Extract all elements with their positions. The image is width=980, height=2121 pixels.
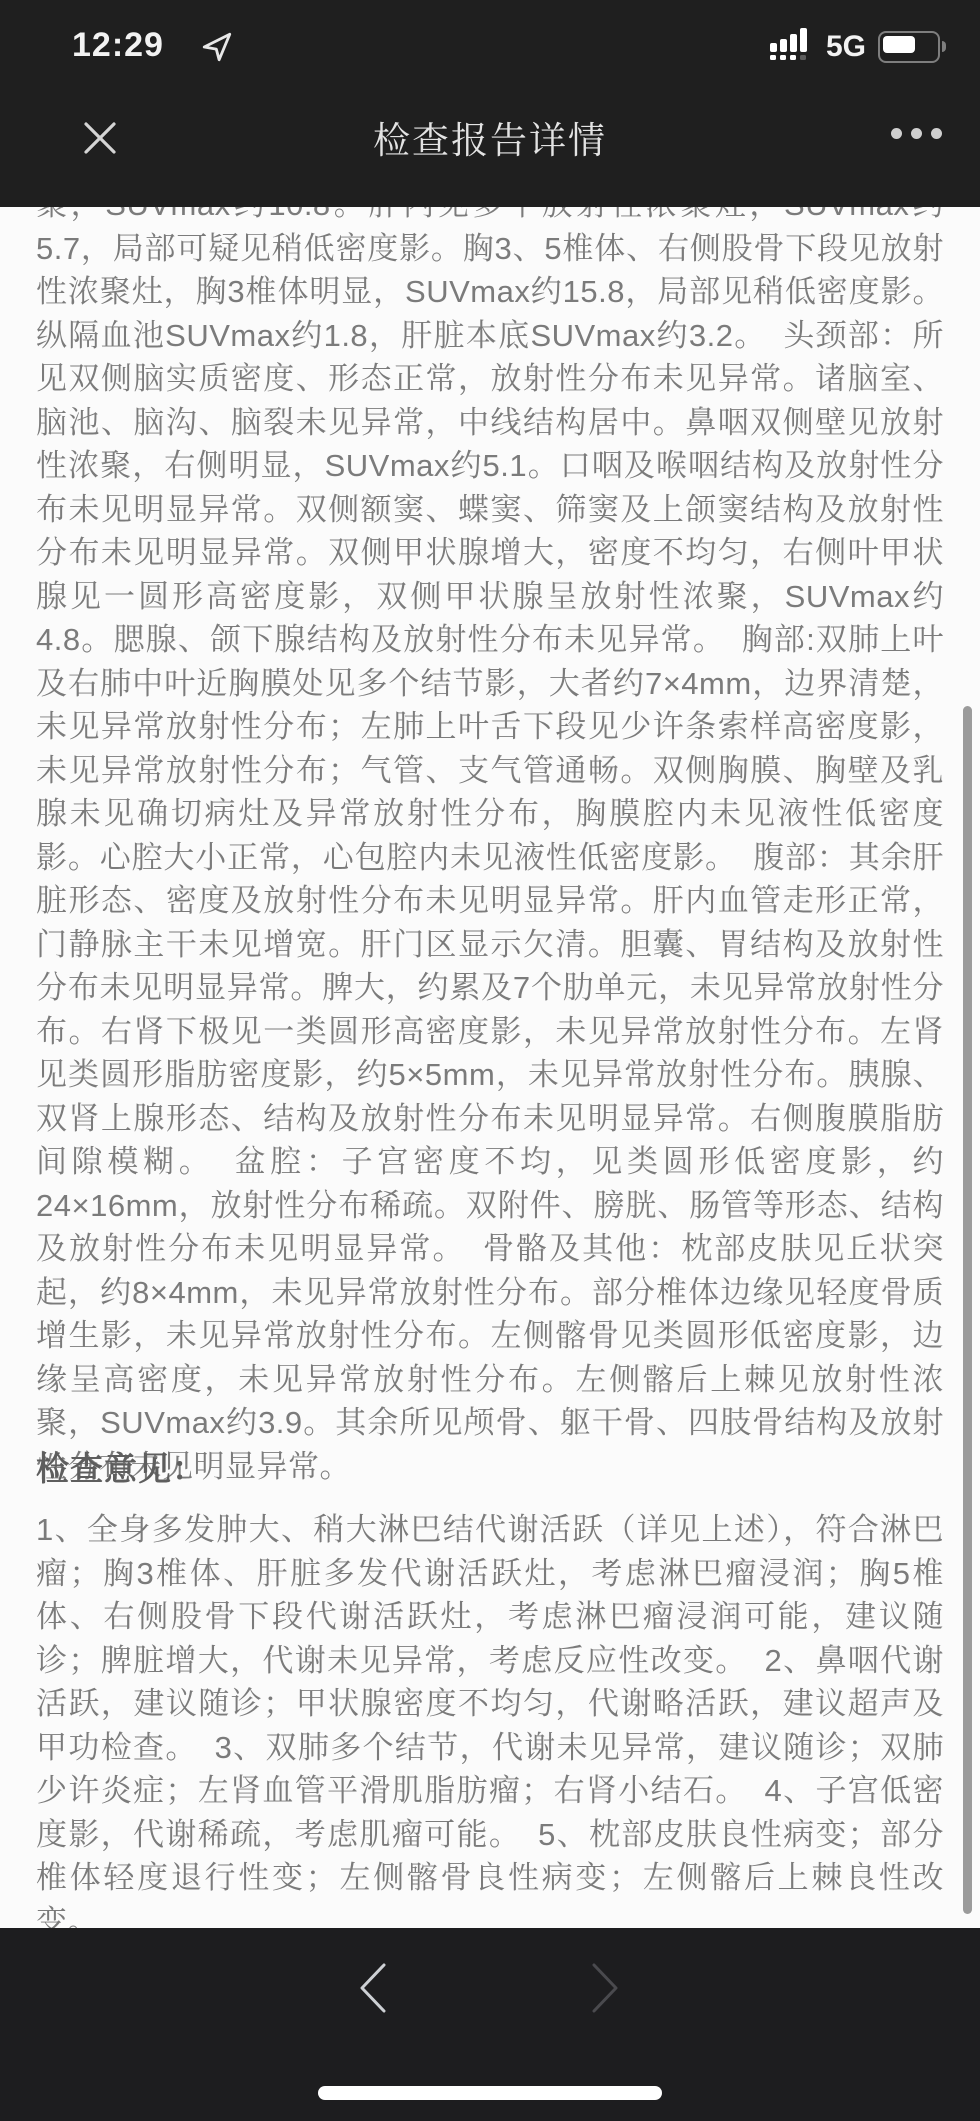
network-type-label: 5G xyxy=(826,30,866,64)
chevron-right-icon[interactable] xyxy=(588,1962,622,2014)
nav-header: 检查报告详情 xyxy=(0,88,980,198)
opinion-text: 1、全身多发肿大、稍大淋巴结代谢活跃（详见上述），符合淋巴瘤；胸3椎体、肝脏多发… xyxy=(36,1508,944,1943)
page-title: 检查报告详情 xyxy=(0,110,980,164)
home-indicator[interactable] xyxy=(318,2086,662,2100)
battery-nub xyxy=(942,41,946,52)
top-bar: 12:29 xyxy=(0,0,980,207)
footer-bar xyxy=(0,1928,980,2121)
opinion-heading: 检查意见： xyxy=(36,1443,206,1490)
report-detail-screen: 聚，SUVmax约10.8。肝内见多个放射性浓聚灶，SUVmax约5.7，局部可… xyxy=(0,0,980,2121)
location-arrow-icon xyxy=(200,30,234,69)
battery-fill xyxy=(883,36,915,53)
chevron-left-icon[interactable] xyxy=(356,1962,390,2014)
scrollbar-thumb[interactable] xyxy=(963,706,972,1914)
battery-icon xyxy=(878,31,940,63)
report-content[interactable]: 聚，SUVmax约10.8。肝内见多个放射性浓聚灶，SUVmax约5.7，局部可… xyxy=(0,0,980,1928)
status-time: 12:29 xyxy=(72,26,164,65)
more-icon[interactable] xyxy=(891,128,942,139)
report-findings-text: 聚，SUVmax约10.8。肝内见多个放射性浓聚灶，SUVmax约5.7，局部可… xyxy=(36,183,944,1488)
status-bar: 12:29 xyxy=(0,18,980,78)
cellular-signal-icon xyxy=(770,28,814,65)
